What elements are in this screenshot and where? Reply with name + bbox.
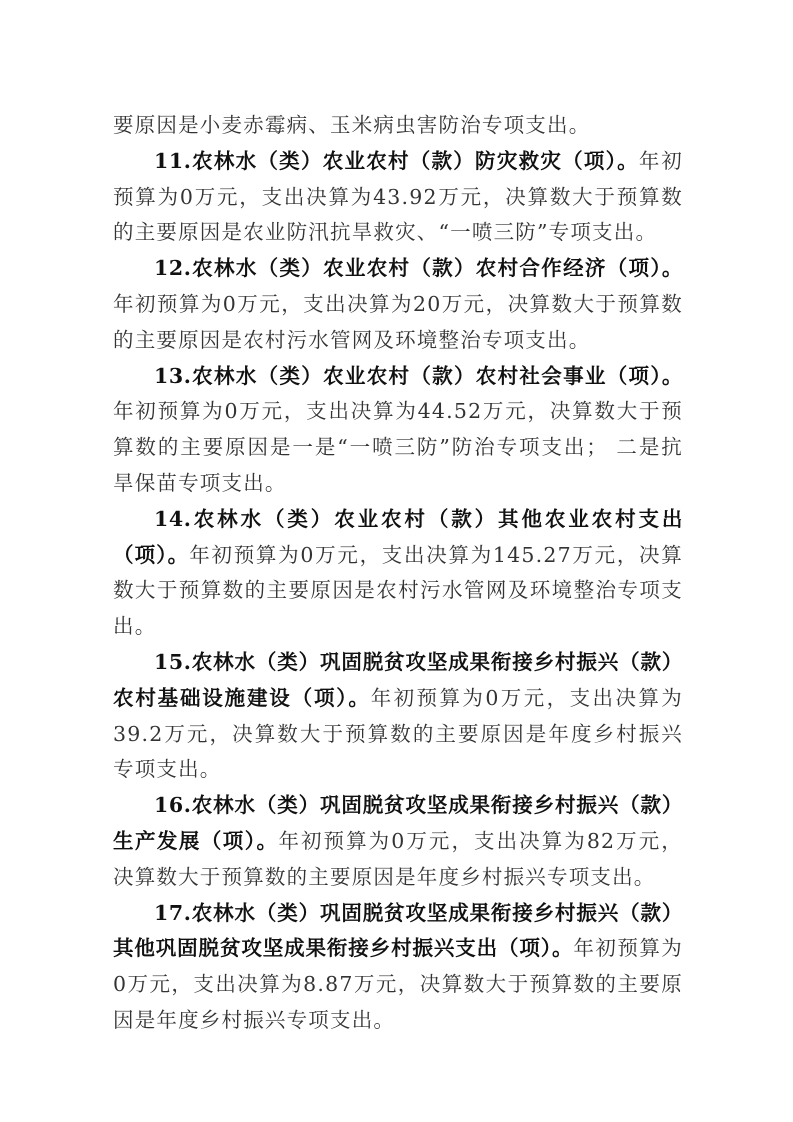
paragraph-body: 年初预算为0万元，支出决算为145.27万元，决算数大于预算数的主要原因是农村污…: [113, 543, 683, 639]
paragraph-body: 要原因是小麦赤霉病、玉米病虫害防治专项支出。: [113, 113, 590, 137]
paragraph-item-11: 11.农林水（类）农业农村（款）防灾救灾（项）。年初预算为0万元，支出决算为43…: [113, 144, 683, 251]
paragraph-item-12: 12.农林水（类）农业农村（款）农村合作经济（项）。年初预算为0万元，支出决算为…: [113, 251, 683, 358]
paragraph-item-14: 14.农林水（类）农业农村（款）其他农业农村支出（项）。年初预算为0万元，支出决…: [113, 502, 683, 645]
paragraph-continuation: 要原因是小麦赤霉病、玉米病虫害防治专项支出。: [113, 108, 683, 144]
paragraph-body: 年初预算为0万元，支出决算为20万元，决算数大于预算数的主要原因是农村污水管网及…: [113, 292, 683, 352]
paragraph-item-15: 15.农林水（类）巩固脱贫攻坚成果衔接乡村振兴（款）农村基础设施建设（项）。年初…: [113, 645, 683, 788]
document-page: 要原因是小麦赤霉病、玉米病虫害防治专项支出。 11.农林水（类）农业农村（款）防…: [113, 108, 683, 1039]
paragraph-item-17: 17.农林水（类）巩固脱贫攻坚成果衔接乡村振兴（款）其他巩固脱贫攻坚成果衔接乡村…: [113, 896, 683, 1039]
paragraph-heading: 12.农林水（类）农业农村（款）农村合作经济（项）。: [154, 256, 683, 280]
paragraph-item-16: 16.农林水（类）巩固脱贫攻坚成果衔接乡村振兴（款）生产发展（项）。年初预算为0…: [113, 788, 683, 895]
paragraph-heading: 13.农林水（类）农业农村（款）农村社会事业（项）。: [154, 364, 683, 388]
paragraph-heading: 11.农林水（类）农业农村（款）防灾救灾（项）。: [154, 149, 639, 173]
paragraph-body: 年初预算为0万元，支出决算为44.52万元，决算数大于预算数的主要原因是一是“一…: [113, 399, 683, 495]
paragraph-item-13: 13.农林水（类）农业农村（款）农村社会事业（项）。年初预算为0万元，支出决算为…: [113, 359, 683, 502]
